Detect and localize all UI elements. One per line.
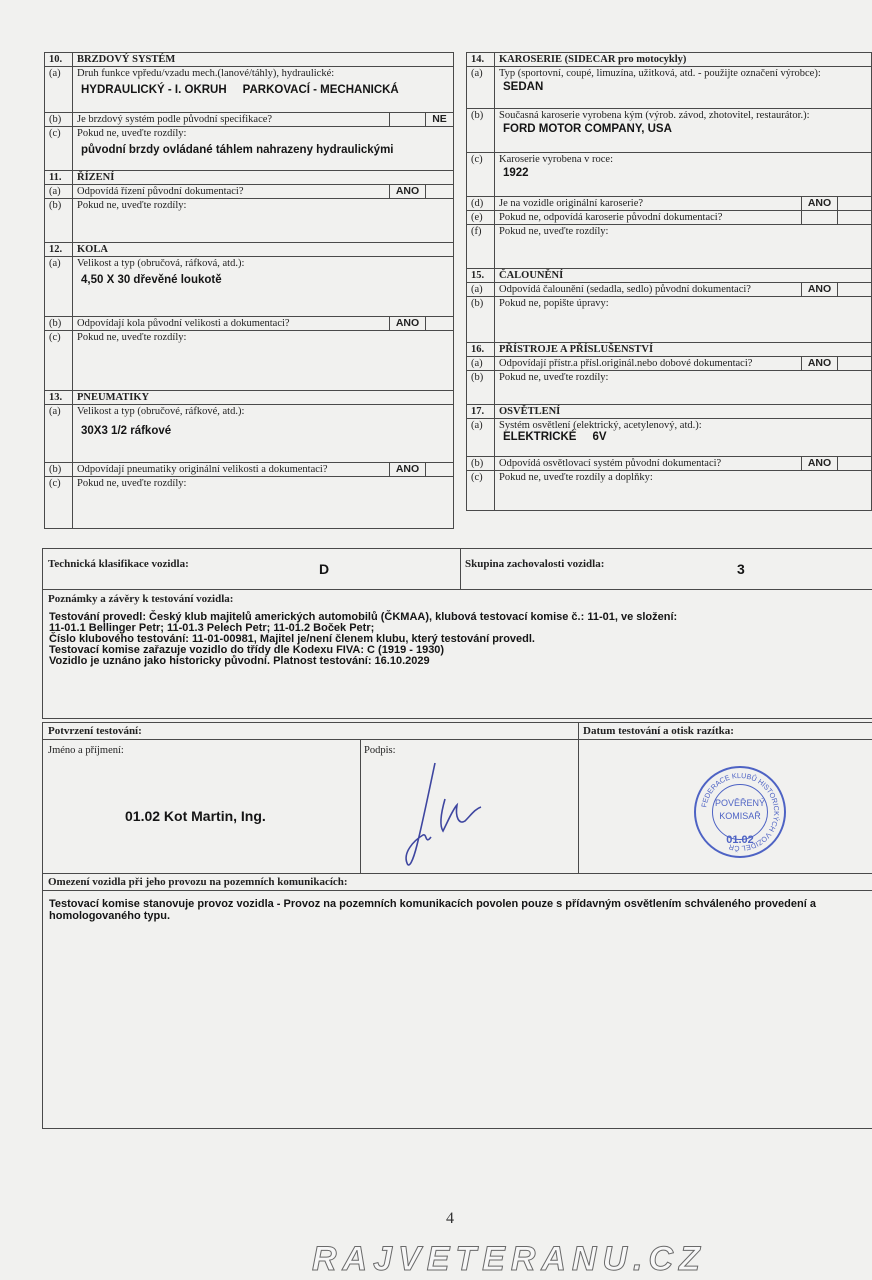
wheels-original-question: Odpovídají kola původní velikosti a doku… <box>73 317 390 331</box>
wheels-value: 4,50 X 30 dřevěné loukotě <box>81 273 449 287</box>
section-11-number: 11. <box>45 171 73 185</box>
row-label: (c) <box>45 477 73 529</box>
restrictions-label: Omezení vozidla při jeho provozu na poze… <box>48 876 348 888</box>
tyres-value: 30X3 1/2 ráfkové <box>81 424 449 438</box>
body-year-question: Karoserie vyrobena v roce: <box>499 154 613 165</box>
wheels-diff-question: Pokud ne, uveďte rozdíly: <box>73 331 454 391</box>
section-14-number: 14. <box>467 53 495 67</box>
row-label: (c) <box>467 471 495 511</box>
stamp-line1: POVĚŘENÝ <box>696 798 784 808</box>
answer-cell-empty <box>837 457 871 471</box>
section-10-number: 10. <box>45 53 73 67</box>
stamp-code: 01.02 <box>696 834 784 846</box>
row-label: (a) <box>45 257 73 317</box>
answer-cell-empty <box>837 211 871 225</box>
watermark: RAJVETERANU.CZ <box>312 1240 706 1279</box>
steering-answer: ANO <box>389 185 425 199</box>
classification-box: Technická klasifikace vozidla: D Skupina… <box>42 548 872 590</box>
answer-cell-empty <box>425 317 453 331</box>
brake-diff-question: Pokud ne, uveďte rozdíly: <box>77 128 186 139</box>
brake-type-question: Druh funkce vpředu/vzadu mech.(lanové/tá… <box>77 68 334 79</box>
wheels-question: Velikost a typ (obručová, ráfková, atd.)… <box>77 258 244 269</box>
row-label: (a) <box>467 357 495 371</box>
row-label: (b) <box>45 317 73 331</box>
body-maker-question: Současná karoserie vyrobena kým (výrob. … <box>499 110 810 121</box>
notes-box: Poznámky a závěry k testování vozidla: T… <box>42 588 872 719</box>
brake-diff-value: původní brzdy ovládané táhlem nahrazeny … <box>81 143 449 157</box>
tyres-question: Velikost a typ (obručové, ráfkové, atd.)… <box>77 406 244 417</box>
row-label: (a) <box>45 405 73 463</box>
lighting-value: ELEKTRICKÉ 6V <box>503 430 867 444</box>
date-stamp-label: Datum testování a otisk razítka: <box>583 725 734 737</box>
divider <box>578 723 579 873</box>
body-diff-question: Pokud ne, uveďte rozdíly: <box>495 225 872 269</box>
section-13-number: 13. <box>45 391 73 405</box>
brake-original-answer: NE <box>425 113 453 127</box>
row-label: (a) <box>467 283 495 297</box>
divider <box>460 549 461 589</box>
confirmation-label: Potvrzení testování: <box>48 725 142 737</box>
row-label: (c) <box>467 153 495 197</box>
brake-type-value: HYDRAULICKÝ - I. OKRUH PARKOVACÍ - MECHA… <box>81 83 449 97</box>
row-label: (b) <box>45 199 73 243</box>
section-13-title: PNEUMATIKY <box>73 391 454 405</box>
tyres-diff-question: Pokud ne, uveďte rozdíly: <box>73 477 454 529</box>
section-15-number: 15. <box>467 269 495 283</box>
row-label: (c) <box>45 331 73 391</box>
answer-cell-empty <box>837 197 871 211</box>
divider <box>43 890 872 891</box>
answer-cell-empty <box>425 185 453 199</box>
section-16-number: 16. <box>467 343 495 357</box>
body-year-value: 1922 <box>503 166 867 180</box>
row-label: (a) <box>467 67 495 109</box>
lighting-diff-question: Pokud ne, uveďte rozdíly a doplňky: <box>495 471 872 511</box>
row-label: (a) <box>467 419 495 457</box>
divider <box>360 739 361 873</box>
row-label: (c) <box>45 127 73 171</box>
inspector-name: 01.02 Kot Martin, Ing. <box>125 808 266 824</box>
section-14-title: KAROSERIE (SIDECAR pro motocykly) <box>495 53 872 67</box>
page-number: 4 <box>446 1210 454 1228</box>
body-type-question: Typ (sportovní, coupé, limuzína, užitkov… <box>499 68 821 79</box>
instruments-answer: ANO <box>801 357 837 371</box>
steering-diff-question: Pokud ne, uveďte rozdíly: <box>73 199 454 243</box>
answer-cell-empty <box>837 283 871 297</box>
instruments-question: Odpovídají přístr.a přísl.originál.nebo … <box>495 357 802 371</box>
preservation-group-label: Skupina zachovalosti vozidla: <box>465 558 604 570</box>
official-stamp: FEDERACE KLUBŮ HISTORICKÝCH VOZIDEL ČR P… <box>694 766 786 858</box>
row-label: (b) <box>467 457 495 471</box>
divider <box>43 739 872 740</box>
section-12-number: 12. <box>45 243 73 257</box>
section-10-title: BRZDOVÝ SYSTÉM <box>73 53 454 67</box>
answer-cell-empty <box>837 357 871 371</box>
section-16-title: PŘÍSTROJE A PŘÍSLUŠENSTVÍ <box>495 343 872 357</box>
lighting-original-question: Odpovídá osvětlovací systém původní doku… <box>495 457 802 471</box>
section-12-title: KOLA <box>73 243 454 257</box>
tyres-original-question: Odpovídají pneumatiky originální velikos… <box>73 463 390 477</box>
wheels-original-answer: ANO <box>389 317 425 331</box>
body-doc-answer <box>801 211 837 225</box>
steering-question: Odpovídá řízení původní dokumentaci? <box>73 185 390 199</box>
signature-icon <box>373 761 523 871</box>
body-doc-question: Pokud ne, odpovídá karoserie původní dok… <box>495 211 802 225</box>
preservation-group-value: 3 <box>737 561 745 577</box>
restrictions-box: Omezení vozidla při jeho provozu na poze… <box>42 872 872 1129</box>
body-original-answer: ANO <box>801 197 837 211</box>
signature-label: Podpis: <box>364 745 396 756</box>
body-maker-value: FORD MOTOR COMPANY, USA <box>503 122 867 136</box>
answer-cell-empty <box>389 113 425 127</box>
tech-classification-label: Technická klasifikace vozidla: <box>48 558 189 570</box>
brake-original-question: Je brzdový systém podle původní specifik… <box>73 113 390 127</box>
row-label: (d) <box>467 197 495 211</box>
body-type-value: SEDAN <box>503 80 867 94</box>
tech-classification-value: D <box>319 561 329 577</box>
upholstery-diff-question: Pokud ne, popište úpravy: <box>495 297 872 343</box>
answer-cell-empty <box>425 463 453 477</box>
stamp-line2: KOMISAŘ <box>696 811 784 821</box>
row-label: (f) <box>467 225 495 269</box>
body-original-question: Je na vozidle originální karoserie? <box>495 197 802 211</box>
row-label: (b) <box>467 109 495 153</box>
notes-line: Vozidlo je uznáno jako historicky původn… <box>49 656 869 667</box>
section-17-title: OSVĚTLENÍ <box>495 405 872 419</box>
section-11-title: ŘÍZENÍ <box>73 171 454 185</box>
row-label: (a) <box>45 185 73 199</box>
row-label: (b) <box>467 297 495 343</box>
name-label: Jméno a příjmení: <box>48 745 124 756</box>
restrictions-text: Testovací komise stanovuje provoz vozidl… <box>49 898 864 922</box>
section-15-title: ČALOUNĚNÍ <box>495 269 872 283</box>
notes-text: Testování provedl: Český klub majitelů a… <box>49 612 869 667</box>
upholstery-question: Odpovídá čalounění (sedadla, sedlo) půvo… <box>495 283 802 297</box>
section-17-number: 17. <box>467 405 495 419</box>
row-label: (e) <box>467 211 495 225</box>
right-form-table: 14.KAROSERIE (SIDECAR pro motocykly) (a)… <box>466 52 872 511</box>
instruments-diff-question: Pokud ne, uveďte rozdíly: <box>495 371 872 405</box>
row-label: (b) <box>45 113 73 127</box>
row-label: (a) <box>45 67 73 113</box>
upholstery-answer: ANO <box>801 283 837 297</box>
notes-label: Poznámky a závěry k testování vozidla: <box>48 593 233 605</box>
row-label: (b) <box>45 463 73 477</box>
tyres-original-answer: ANO <box>389 463 425 477</box>
row-label: (b) <box>467 371 495 405</box>
left-form-table: 10.BRZDOVÝ SYSTÉM (a)Druh funkce vpředu/… <box>44 52 454 529</box>
lighting-original-answer: ANO <box>801 457 837 471</box>
